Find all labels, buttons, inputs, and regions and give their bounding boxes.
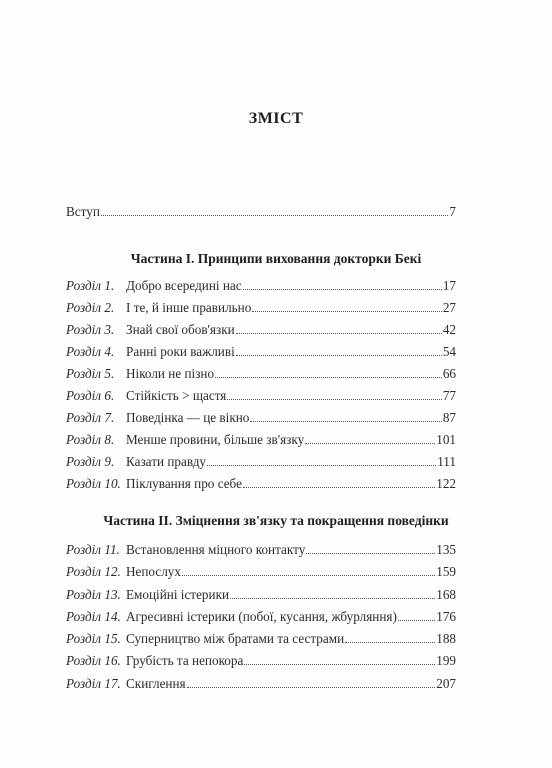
- entry-page: 159: [436, 564, 456, 580]
- dot-leader: [306, 553, 435, 554]
- entry-page: 122: [436, 476, 456, 492]
- entry-page: 77: [443, 388, 456, 404]
- dot-leader: [244, 664, 435, 665]
- entry-page: 66: [443, 366, 456, 382]
- toc-entry[interactable]: Розділ 5.Ніколи не пізно66: [66, 366, 456, 382]
- entry-title: Встановлення міцного контакту: [126, 542, 305, 558]
- entry-page: 176: [436, 609, 456, 625]
- entry-title: Непослух: [126, 564, 181, 580]
- chapter-label: Розділ 13.: [66, 587, 126, 603]
- dot-leader: [243, 487, 435, 488]
- chapter-label: Розділ 9.: [66, 454, 126, 470]
- dot-leader: [250, 421, 441, 422]
- dot-leader: [207, 465, 436, 466]
- chapter-label: Розділ 15.: [66, 631, 126, 647]
- entry-title: Суперництво між братами та сестрами: [126, 631, 344, 647]
- part-heading: Частина І. Принципи виховання докторки Б…: [0, 251, 552, 267]
- toc-entry-intro[interactable]: Вступ 7: [66, 204, 456, 220]
- entry-page: 199: [436, 653, 456, 669]
- entry-page: 207: [436, 676, 456, 692]
- dot-leader: [243, 289, 442, 290]
- entry-page: 135: [436, 542, 456, 558]
- chapter-label: Розділ 16.: [66, 653, 126, 669]
- entry-title: І те, й інше правильно: [126, 300, 251, 316]
- entry-title: Поведінка — це вікно: [126, 410, 249, 426]
- toc-entry[interactable]: Розділ 13.Емоційні істерики168: [66, 587, 456, 603]
- entry-page: 7: [449, 204, 456, 220]
- toc-entry[interactable]: Розділ 6.Стійкість > щастя77: [66, 388, 456, 404]
- chapter-label: Розділ 7.: [66, 410, 126, 426]
- dot-leader: [345, 642, 435, 643]
- dot-leader: [182, 575, 435, 576]
- dot-leader: [305, 443, 435, 444]
- entry-page: 111: [437, 454, 456, 470]
- part-heading: Частина ІІ. Зміцнення зв'язку та покраще…: [0, 513, 552, 529]
- chapter-label: Розділ 10.: [66, 476, 126, 492]
- dot-leader: [252, 311, 441, 312]
- dot-leader: [398, 620, 435, 621]
- entry-title: Грубість та непокора: [126, 653, 243, 669]
- chapter-label: Розділ 8.: [66, 432, 126, 448]
- toc-entry[interactable]: Розділ 9.Казати правду111: [66, 454, 456, 470]
- chapter-label: Розділ 4.: [66, 344, 126, 360]
- chapter-label: Розділ 3.: [66, 322, 126, 338]
- entry-title: Вступ: [66, 204, 100, 220]
- entry-title: Ранні роки важливі: [126, 344, 235, 360]
- entry-page: 54: [443, 344, 456, 360]
- entry-page: 101: [436, 432, 456, 448]
- entry-page: 188: [436, 631, 456, 647]
- dot-leader: [236, 355, 442, 356]
- entry-title: Піклування про себе: [126, 476, 242, 492]
- entry-title: Скиглення: [126, 676, 186, 692]
- toc-entry[interactable]: Розділ 7.Поведінка — це вікно87: [66, 410, 456, 426]
- entry-title: Добро всередині нас: [126, 278, 242, 294]
- entry-title: Емоційні істерики: [126, 587, 229, 603]
- toc-entry[interactable]: Розділ 4.Ранні роки важливі54: [66, 344, 456, 360]
- chapter-label: Розділ 2.: [66, 300, 126, 316]
- dot-leader: [236, 333, 442, 334]
- toc-entry[interactable]: Розділ 11.Встановлення міцного контакту1…: [66, 542, 456, 558]
- toc-entry[interactable]: Розділ 17.Скиглення207: [66, 676, 456, 692]
- entry-title: Казати правду: [126, 454, 206, 470]
- entry-title: Менше провини, більше зв'язку: [126, 432, 304, 448]
- entry-title: Агресивні істерики (побої, кусання, жбур…: [126, 609, 397, 625]
- chapter-label: Розділ 14.: [66, 609, 126, 625]
- entry-title: Ніколи не пізно: [126, 366, 214, 382]
- dot-leader: [187, 687, 436, 688]
- entry-page: 42: [443, 322, 456, 338]
- dot-leader: [215, 377, 442, 378]
- toc-entry[interactable]: Розділ 10.Піклування про себе122: [66, 476, 456, 492]
- entry-page: 17: [443, 278, 456, 294]
- chapter-label: Розділ 11.: [66, 542, 126, 558]
- toc-entry[interactable]: Розділ 1.Добро всередині нас17: [66, 278, 456, 294]
- toc-entry[interactable]: Розділ 12.Непослух159: [66, 564, 456, 580]
- entry-page: 168: [436, 587, 456, 603]
- entry-page: 87: [443, 410, 456, 426]
- toc-entry[interactable]: Розділ 8.Менше провини, більше зв'язку10…: [66, 432, 456, 448]
- chapter-label: Розділ 1.: [66, 278, 126, 294]
- document-page: ЗМІСТ Вступ 7 Частина І. Принципи вихова…: [0, 0, 552, 768]
- toc-entry[interactable]: Розділ 15.Суперництво між братами та сес…: [66, 631, 456, 647]
- dot-leader: [101, 215, 449, 216]
- chapter-label: Розділ 5.: [66, 366, 126, 382]
- chapter-label: Розділ 12.: [66, 564, 126, 580]
- dot-leader: [227, 399, 441, 400]
- dot-leader: [230, 598, 435, 599]
- toc-entry[interactable]: Розділ 14.Агресивні істерики (побої, кус…: [66, 609, 456, 625]
- page-title: ЗМІСТ: [0, 110, 552, 128]
- chapter-label: Розділ 6.: [66, 388, 126, 404]
- toc-entry[interactable]: Розділ 3.Знай свої обов'язки42: [66, 322, 456, 338]
- entry-page: 27: [443, 300, 456, 316]
- toc-entry[interactable]: Розділ 16.Грубість та непокора199: [66, 653, 456, 669]
- entry-title: Стійкість > щастя: [126, 388, 226, 404]
- entry-title: Знай свої обов'язки: [126, 322, 235, 338]
- chapter-label: Розділ 17.: [66, 676, 126, 692]
- toc-entry[interactable]: Розділ 2.І те, й інше правильно27: [66, 300, 456, 316]
